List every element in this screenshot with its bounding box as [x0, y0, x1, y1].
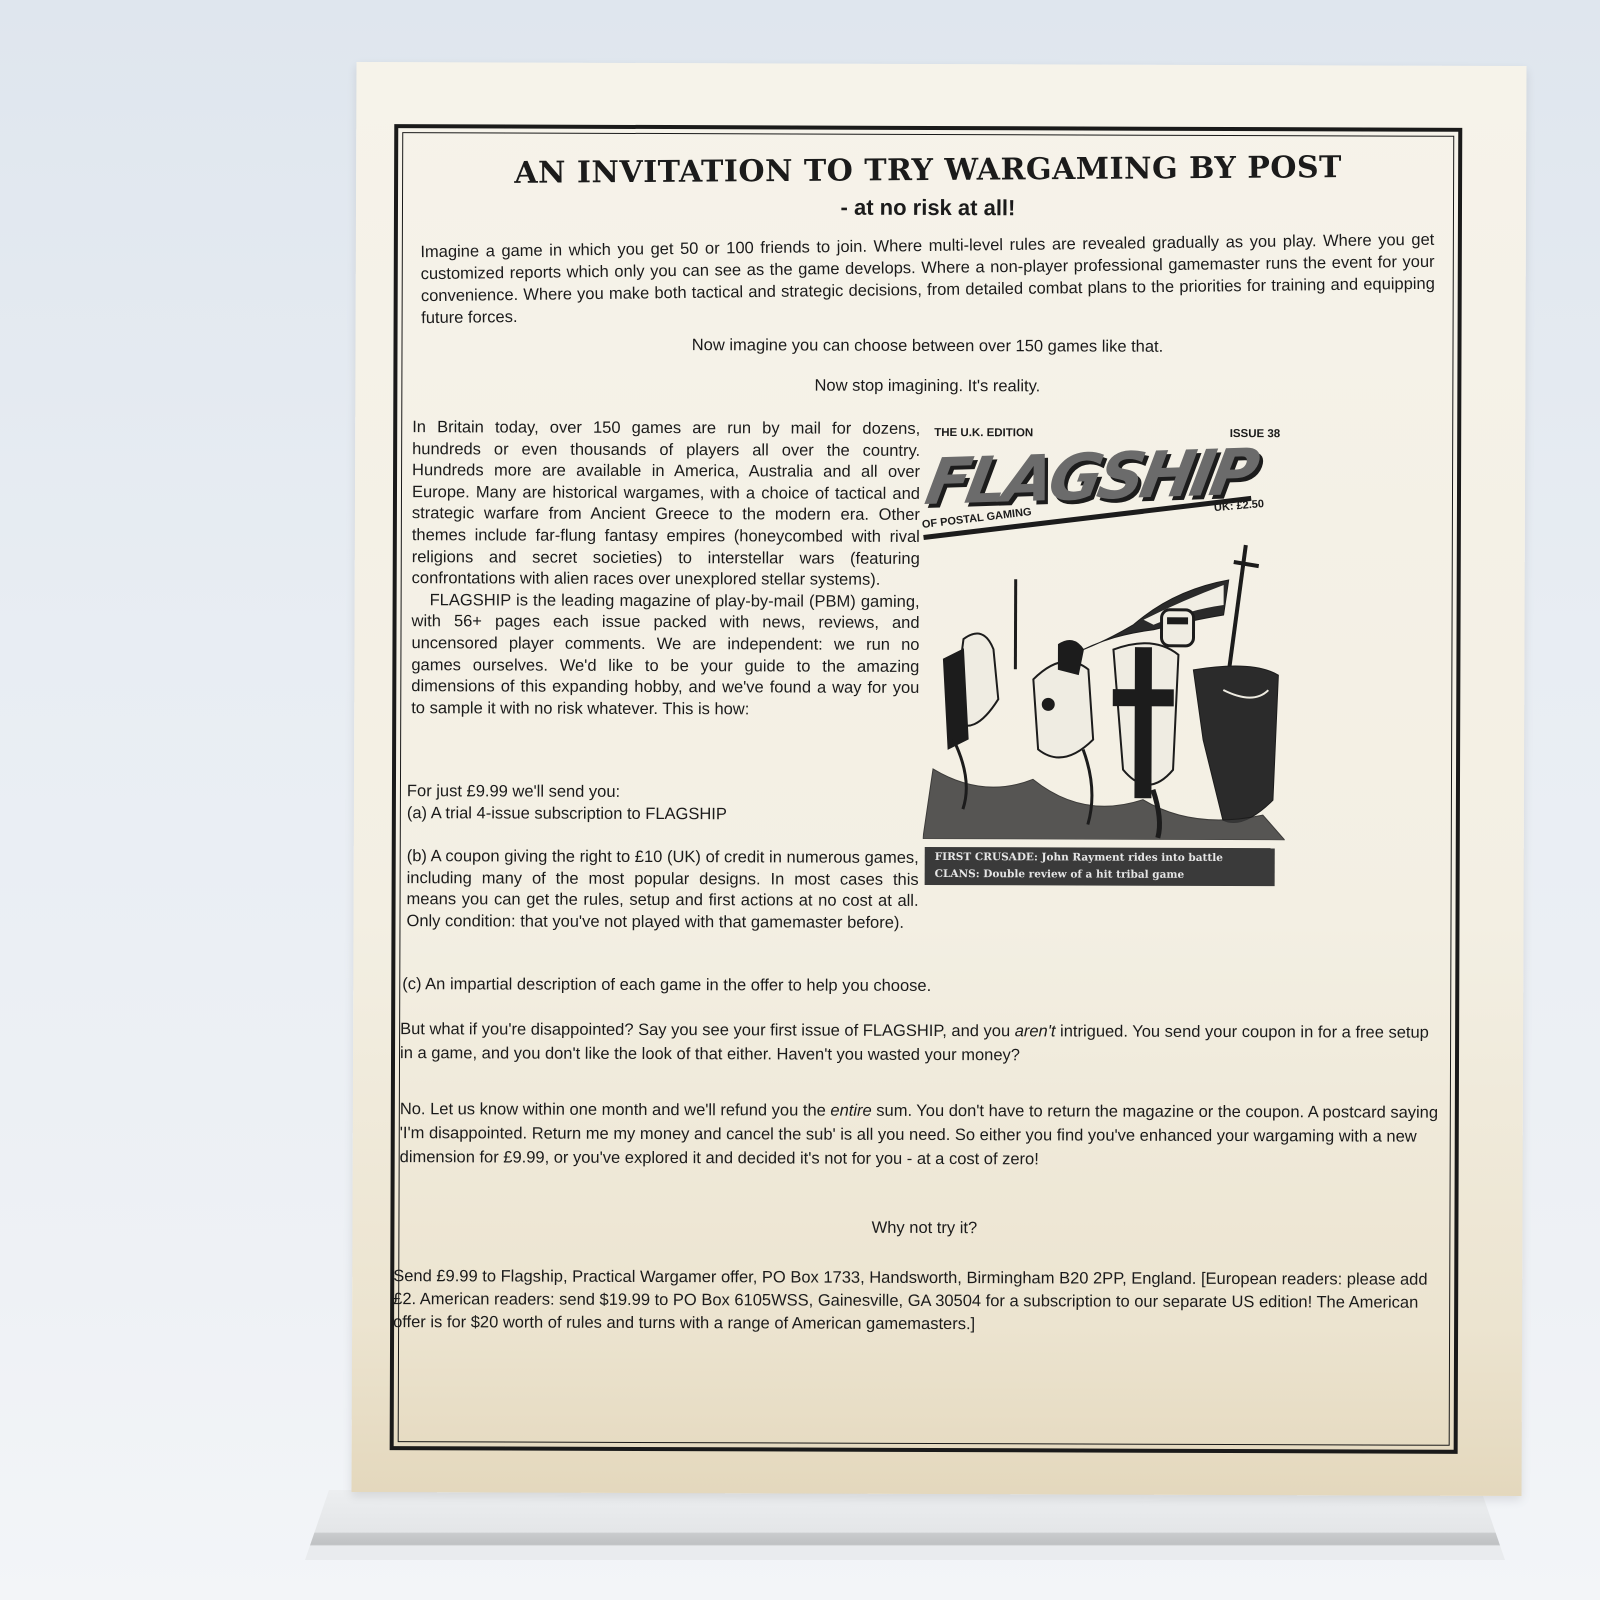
offer-list: For just £9.99 we'll send you: (a) A tri…	[406, 781, 919, 934]
disappointed-paragraph: But what if you're disappointed? Say you…	[400, 1017, 1442, 1069]
flagship-paragraph: FLAGSHIP is the leading magazine of play…	[411, 590, 919, 721]
intro-paragraph: Imagine a game in which you get 50 or 10…	[420, 229, 1435, 329]
why-not-line: Why not try it?	[399, 1215, 1449, 1241]
refund-paragraph: No. Let us know within one month and we'…	[400, 1097, 1442, 1173]
cover-edition: THE U.K. EDITION	[934, 427, 1033, 439]
offer-item-c: (c) An impartial description of each gam…	[402, 973, 931, 997]
cover-caption-line-2: CLANS: Double review of a hit tribal gam…	[935, 866, 1265, 884]
advert-panel: AN INVITATION TO TRY WARGAMING BY POST -…	[398, 132, 1455, 1446]
offer-intro: For just £9.99 we'll send you:	[407, 781, 919, 804]
emphasis: entire	[830, 1102, 871, 1120]
emphasis: aren't	[1015, 1022, 1056, 1040]
britain-paragraph: In Britain today, over 150 games are run…	[412, 417, 921, 592]
cover-caption: FIRST CRUSADE: John Rayment rides into b…	[925, 847, 1275, 886]
acrylic-display-stand	[305, 1490, 1505, 1560]
text: No. Let us know within one month and we'…	[400, 1100, 831, 1120]
address-paragraph: Send £9.99 to Flagship, Practical Wargam…	[393, 1265, 1445, 1338]
advert-subtitle: - at no risk at all!	[403, 193, 1453, 223]
imagine-line: Now imagine you can choose between over …	[402, 333, 1452, 359]
magazine-page: AN INVITATION TO TRY WARGAMING BY POST -…	[352, 62, 1527, 1496]
cover-caption-line-1: FIRST CRUSADE: John Rayment rides into b…	[935, 849, 1265, 867]
advert-title: AN INVITATION TO TRY WARGAMING BY POST	[403, 149, 1453, 191]
reality-line: Now stop imagining. It's reality.	[402, 373, 1452, 399]
offer-item-a: (a) A trial 4-issue subscription to FLAG…	[407, 803, 919, 826]
text: But what if you're disappointed? Say you…	[400, 1020, 1015, 1040]
advert-border: AN INVITATION TO TRY WARGAMING BY POST -…	[390, 124, 1463, 1454]
crusader-knights-illustration	[923, 539, 1286, 840]
magazine-cover-image: THE U.K. EDITION ISSUE 38 FLAGSHIP UK: £…	[923, 419, 1287, 890]
offer-item-b: (b) A coupon giving the right to £10 (UK…	[406, 846, 918, 934]
body-column: In Britain today, over 150 games are run…	[411, 417, 920, 721]
